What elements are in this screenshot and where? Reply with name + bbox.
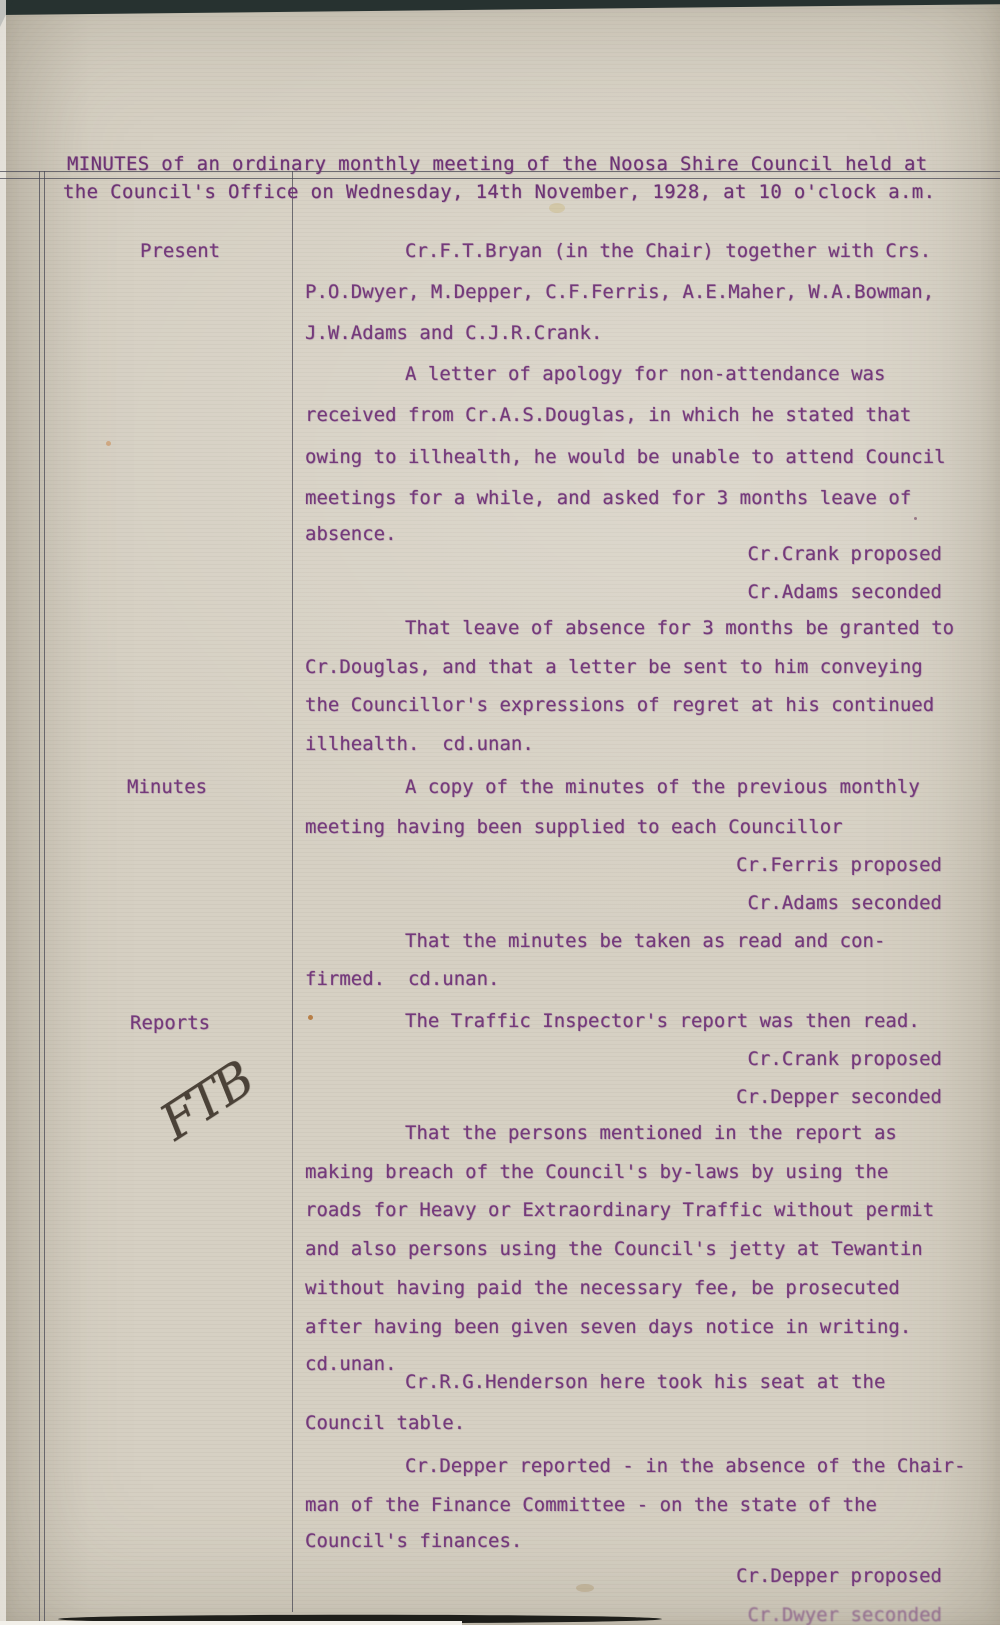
typed-line: Cr.Depper reported - in the absence of t… — [305, 1455, 950, 1477]
typed-line: and also persons using the Council's jet… — [305, 1238, 950, 1260]
typed-line: Council table. — [305, 1412, 950, 1434]
left-margin-ruled-line — [44, 171, 45, 1625]
typed-line: roads for Heavy or Extraordinary Traffic… — [305, 1199, 950, 1221]
scan-top-edge — [0, 0, 1000, 15]
typed-line: Cr.F.T.Bryan (in the Chair) together wit… — [305, 240, 950, 262]
typed-line: That the minutes be taken as read and co… — [305, 930, 950, 952]
ink-stain — [914, 517, 917, 520]
left-margin-ruled-line — [39, 171, 40, 1625]
header-line: MINUTES of an ordinary monthly meeting o… — [67, 153, 928, 175]
ink-stain — [308, 1015, 313, 1020]
paper-stain — [106, 441, 111, 446]
typed-line-motion: Cr.Crank proposed — [305, 543, 950, 565]
typed-line: without having paid the necessary fee, b… — [305, 1277, 950, 1299]
typed-line: Cr.Douglas, and that a letter be sent to… — [305, 656, 950, 678]
paper-stain — [576, 1584, 594, 1592]
margin-label-reports: Reports — [130, 1012, 210, 1034]
typed-line: P.O.Dwyer, M.Depper, C.F.Ferris, A.E.Mah… — [305, 281, 950, 303]
typed-line: illhealth. cd.unan. — [305, 733, 950, 755]
typed-line: J.W.Adams and C.J.R.Crank. — [305, 322, 950, 344]
typed-line-motion: Cr.Adams seconded — [305, 581, 950, 603]
paper-stain — [549, 203, 565, 213]
column-divider-line — [292, 171, 293, 1612]
typed-line: man of the Finance Committee - on the st… — [305, 1494, 950, 1516]
typed-line: That leave of absence for 3 months be gr… — [305, 617, 950, 639]
typed-line: after having been given seven days notic… — [305, 1316, 950, 1338]
typed-line-motion: Cr.Crank proposed — [305, 1048, 950, 1070]
typed-line-motion: Cr.Adams seconded — [305, 892, 950, 914]
typed-line: absence. — [305, 523, 950, 545]
typed-line: Cr.R.G.Henderson here took his seat at t… — [305, 1371, 950, 1393]
typed-line: meetings for a while, and asked for 3 mo… — [305, 487, 950, 509]
typed-line-motion: Cr.Ferris proposed — [305, 854, 950, 876]
handwritten-initials: FTB — [150, 1051, 262, 1152]
typed-line: making breach of the Council's by-laws b… — [305, 1161, 950, 1183]
scan-bottom-strip — [0, 1621, 462, 1625]
margin-label-minutes: Minutes — [127, 776, 207, 798]
horizontal-ruled-line — [0, 178, 1000, 179]
typed-line: owing to illhealth, he would be unable t… — [305, 446, 950, 468]
scan-left-edge — [0, 0, 6, 1625]
typed-line: the Councillor's expressions of regret a… — [305, 694, 950, 716]
typed-line-motion: Cr.Depper seconded — [305, 1086, 950, 1108]
typed-line: The Traffic Inspector's report was then … — [305, 1010, 950, 1032]
typed-line: meeting having been supplied to each Cou… — [305, 816, 950, 838]
typed-line: A copy of the minutes of the previous mo… — [305, 776, 950, 798]
typed-line: Council's finances. — [305, 1530, 950, 1552]
typed-line: firmed. cd.unan. — [305, 968, 950, 990]
typed-line: A letter of apology for non-attendance w… — [305, 363, 950, 385]
typed-line: received from Cr.A.S.Douglas, in which h… — [305, 404, 950, 426]
scanned-minutes-page: MINUTES of an ordinary monthly meeting o… — [0, 0, 1000, 1625]
margin-label-present: Present — [140, 240, 220, 262]
typed-line: That the persons mentioned in the report… — [305, 1122, 950, 1144]
header-line: the Council's Office on Wednesday, 14th … — [63, 181, 935, 203]
typed-line-motion: Cr.Depper proposed — [305, 1565, 950, 1587]
